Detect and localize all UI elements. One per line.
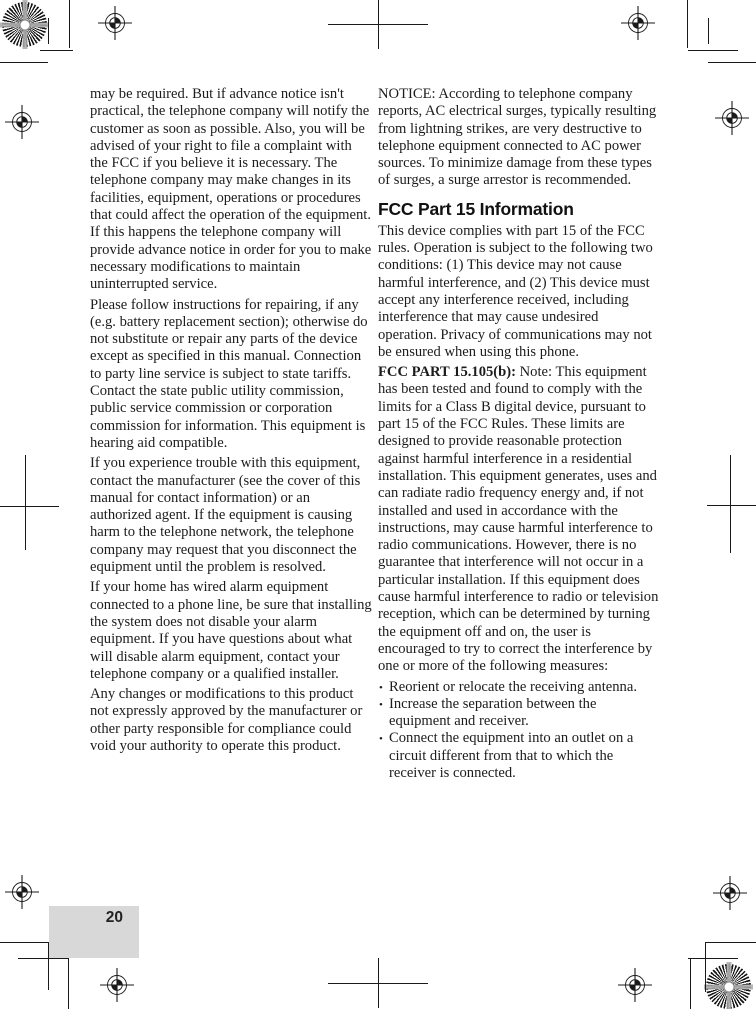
crop-mark-line bbox=[705, 942, 706, 992]
crop-mark-line bbox=[69, 0, 70, 48]
registration-mark-icon bbox=[4, 104, 40, 140]
bullet-icon: • bbox=[379, 731, 383, 748]
crop-mark-line bbox=[690, 958, 691, 1009]
crop-mark-line bbox=[0, 942, 49, 943]
list-item-text: Reorient or relocate the receiving anten… bbox=[389, 679, 637, 695]
center-mark-line bbox=[0, 506, 59, 507]
right-text-column: NOTICE: According to telephone company r… bbox=[378, 86, 660, 782]
section-heading: FCC Part 15 Information bbox=[378, 199, 660, 219]
bullet-icon: • bbox=[379, 697, 383, 714]
crop-mark-line bbox=[68, 958, 69, 1009]
registration-mark-icon bbox=[97, 5, 133, 41]
crop-mark-line bbox=[688, 50, 738, 51]
crop-mark-line bbox=[705, 942, 756, 943]
pinwheel-hub bbox=[19, 19, 30, 30]
crop-mark-line bbox=[708, 18, 709, 44]
manual-page: may be required. But if advance notice i… bbox=[0, 0, 756, 1009]
calibration-pinwheel-icon bbox=[706, 964, 751, 1009]
body-paragraph: Please follow instructions for repairing… bbox=[90, 297, 372, 453]
crop-mark-line bbox=[40, 50, 73, 51]
registration-mark-icon bbox=[620, 5, 656, 41]
center-mark-line bbox=[378, 958, 379, 1008]
center-mark-line bbox=[707, 505, 756, 506]
paragraph-text: Note: This equipment has been tested and… bbox=[378, 364, 658, 674]
body-paragraph: This device complies with part 15 of the… bbox=[378, 223, 660, 361]
crop-mark-line bbox=[688, 958, 738, 959]
crop-mark-line bbox=[0, 62, 48, 63]
registration-mark-icon bbox=[4, 874, 40, 910]
center-mark-line bbox=[25, 455, 26, 550]
list-item-text: Increase the separation between the equi… bbox=[389, 696, 596, 729]
measures-list: • Reorient or relocate the receiving ant… bbox=[378, 679, 660, 783]
body-paragraph: may be required. But if advance notice i… bbox=[90, 86, 372, 294]
calibration-pinwheel-icon bbox=[2, 2, 47, 47]
registration-mark-icon bbox=[99, 967, 135, 1003]
crop-mark-line bbox=[18, 958, 68, 959]
registration-mark-icon bbox=[617, 967, 653, 1003]
crop-mark-line bbox=[708, 62, 756, 63]
page-number: 20 bbox=[49, 906, 139, 927]
list-item: • Reorient or relocate the receiving ant… bbox=[378, 679, 660, 696]
center-mark-line bbox=[378, 0, 379, 49]
left-text-column: may be required. But if advance notice i… bbox=[90, 86, 372, 758]
crop-mark-line bbox=[48, 18, 49, 44]
crop-mark-line bbox=[687, 0, 688, 48]
registration-mark-icon bbox=[714, 100, 750, 136]
bullet-icon: • bbox=[379, 680, 383, 697]
page-number-box: 20 bbox=[49, 906, 139, 958]
body-paragraph: FCC PART 15.105(b): Note: This equipment… bbox=[378, 364, 660, 675]
body-paragraph: If your home has wired alarm equipment c… bbox=[90, 579, 372, 683]
pinwheel-hub bbox=[723, 981, 734, 992]
notice-paragraph: NOTICE: According to telephone company r… bbox=[378, 86, 660, 190]
center-mark-line bbox=[730, 455, 731, 553]
body-paragraph: Any changes or modifications to this pro… bbox=[90, 686, 372, 755]
registration-mark-icon bbox=[712, 875, 748, 911]
list-item: • Increase the separation between the eq… bbox=[378, 696, 660, 731]
bold-lead-in: FCC PART 15.105(b): bbox=[378, 364, 516, 380]
body-paragraph: If you experience trouble with this equi… bbox=[90, 455, 372, 576]
list-item-text: Connect the equipment into an outlet on … bbox=[389, 730, 633, 781]
list-item: • Connect the equipment into an outlet o… bbox=[378, 730, 660, 782]
